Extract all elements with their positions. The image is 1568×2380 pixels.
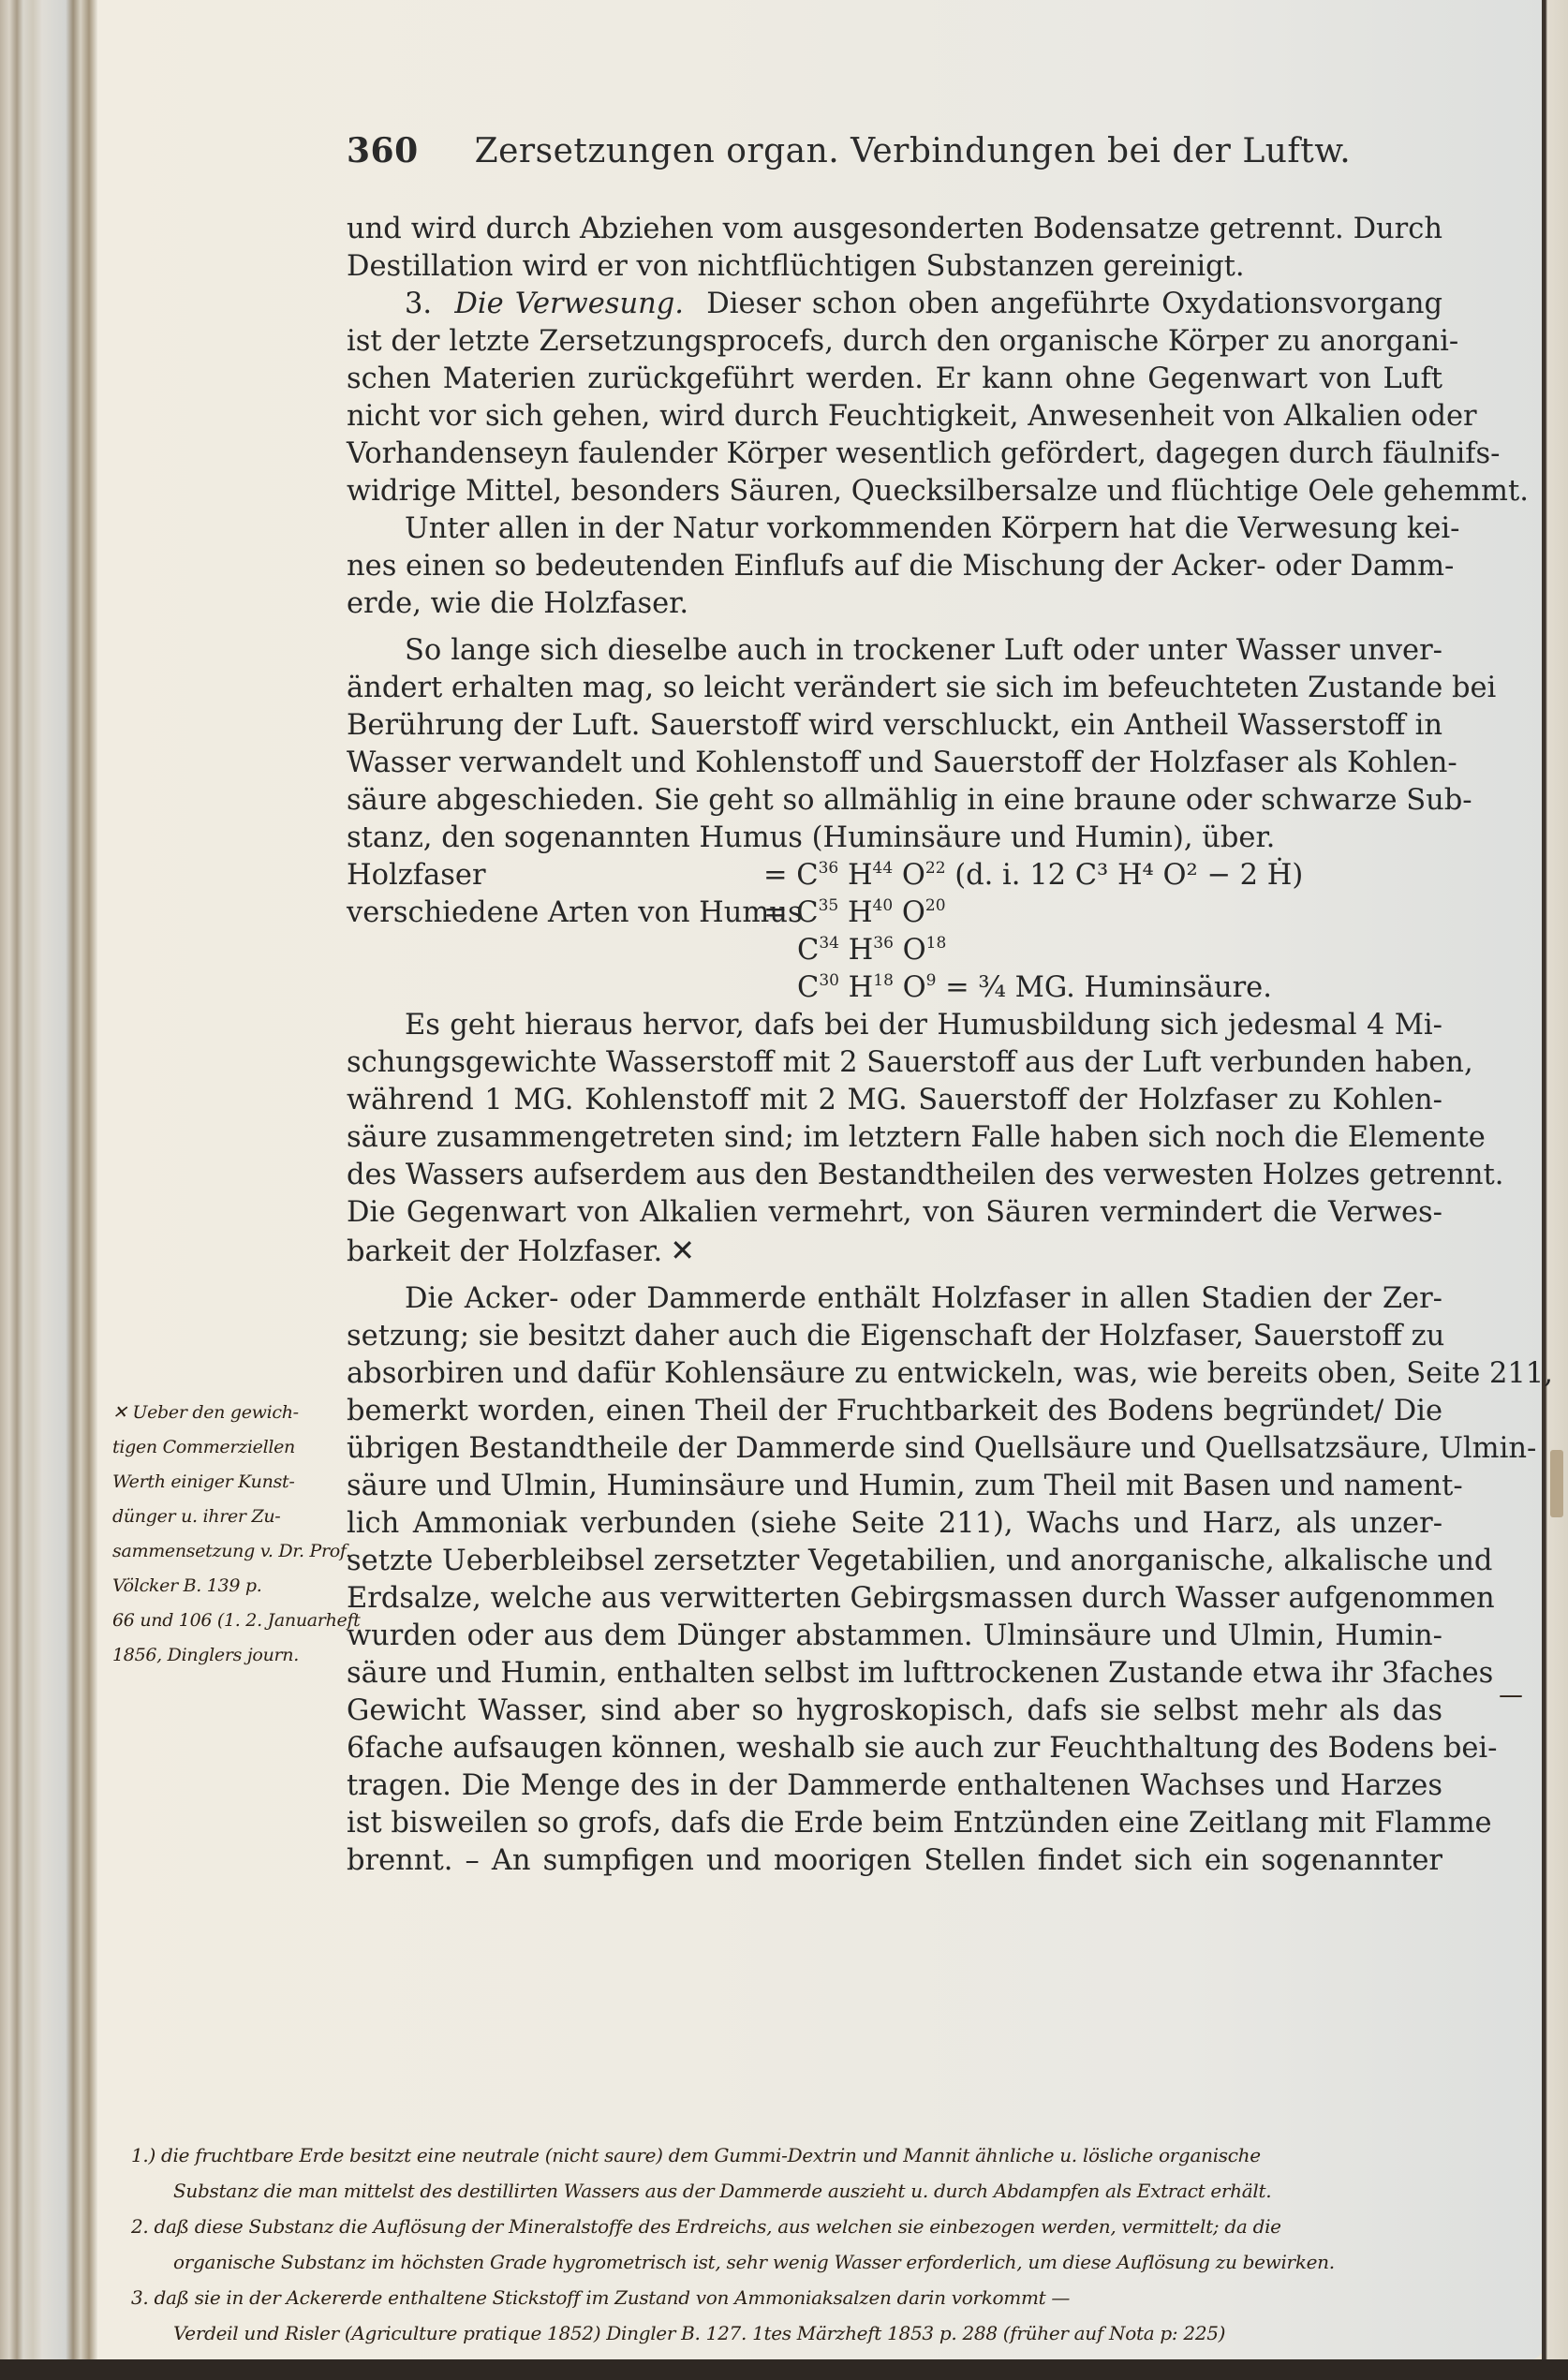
text-line: ändert erhalten mag, so leicht verändert… [347, 670, 1442, 707]
bottom-edge [0, 2359, 1568, 2380]
text-line: Berührung der Luft. Sauerstoff wird vers… [347, 707, 1442, 745]
formula-value: C30 H18 O9 = ¾ MG. Huminsäure. [763, 969, 1442, 1007]
text-line: Destillation wird er von nichtflüchtigen… [347, 248, 1442, 286]
handwritten-line: 66 und 106 (1. 2. Januarheft [112, 1604, 342, 1638]
handwritten-line: sammensetzung v. Dr. Prof. [112, 1534, 342, 1569]
handwritten-line: 2. daß diese Substanz die Auflösung der … [131, 2209, 1471, 2244]
text-line: säure zusammengetreten sind; im letztern… [347, 1119, 1442, 1157]
handwritten-line: Verdeil und Risler (Agriculture pratique… [131, 2315, 1471, 2351]
text-line: säure und Humin, enthalten selbst im luf… [347, 1655, 1442, 1693]
text-line: übrigen Bestandtheile der Dammerde sind … [347, 1430, 1442, 1468]
handwritten-line: ✕ Ueber den gewich- [112, 1396, 342, 1430]
text-line: tragen. Die Menge des in der Dammerde en… [347, 1767, 1442, 1805]
text-line: schen Materien zurückgeführt werden. Er … [347, 361, 1442, 398]
text-line: wurden oder aus dem Dünger abstammen. Ul… [347, 1618, 1442, 1655]
handwritten-line: Werth einiger Kunst- [112, 1465, 342, 1500]
text-line: des Wassers aufserdem aus den Bestandthe… [347, 1157, 1442, 1194]
body-text: und wird durch Abziehen vom ausgesondert… [347, 211, 1442, 1880]
text-line: setzte Ueberbleibsel zersetzter Vegetabi… [347, 1543, 1442, 1580]
text-line: Unter allen in der Natur vorkommenden Kö… [347, 510, 1442, 548]
text-line: So lange sich dieselbe auch in trockener… [347, 632, 1442, 670]
text-line: nicht vor sich gehen, wird durch Feuchti… [347, 398, 1442, 436]
formula-block: Holzfaser = C36 H44 O22 (d. i. 12 C³ H⁴ … [347, 857, 1442, 1007]
running-head: 360 Zersetzungen organ. Verbindungen bei… [347, 131, 1442, 170]
text-line: während 1 MG. Kohlenstoff mit 2 MG. Saue… [347, 1082, 1442, 1119]
text-line: Erdsalze, welche aus verwitterten Gebirg… [347, 1580, 1442, 1618]
text-line: Die Acker- oder Dammerde enthält Holzfas… [347, 1280, 1442, 1318]
section-heading-line: 3. Die Verwesung. Dieser schon oben ange… [347, 286, 1442, 323]
text-line: widrige Mittel, besonders Säuren, Quecks… [347, 473, 1442, 510]
insertion-mark-icon: — [1499, 1681, 1523, 1709]
text-line: säure abgeschieden. Sie geht so allmähli… [347, 782, 1442, 820]
handwritten-margin-note: ✕ Ueber den gewich- tigen Commerziellen … [112, 1396, 342, 1673]
running-head-title: Zersetzungen organ. Verbindungen bei der… [475, 132, 1352, 170]
text-line: und wird durch Abziehen vom ausgesondert… [347, 211, 1442, 248]
cross-reference-mark-icon: ✕ [670, 1233, 695, 1268]
text-line: 6fache aufsaugen können, weshalb sie auc… [347, 1730, 1442, 1767]
text-line: barkeit der Holzfaser.✕ [347, 1232, 1442, 1271]
text-line: Es geht hieraus hervor, dafs bei der Hum… [347, 1007, 1442, 1044]
book-scan: 360 Zersetzungen organ. Verbindungen bei… [0, 0, 1568, 2380]
text-line: schungsgewichte Wasserstoff mit 2 Sauers… [347, 1044, 1442, 1082]
text-line: bemerkt worden, einen Theil der Fruchtba… [347, 1393, 1442, 1430]
handwritten-line: Völcker B. 139 p. [112, 1569, 342, 1604]
formula-label [347, 969, 763, 1007]
page-stack-edge [0, 0, 98, 2380]
handwritten-line: 1.) die fruchtbare Erde besitzt eine neu… [131, 2137, 1471, 2173]
paper-tape [1550, 1450, 1563, 1517]
text-line: erde, wie die Holzfaser. [347, 585, 1442, 623]
handwritten-line: 1856, Dinglers journ. [112, 1638, 342, 1673]
formula-label [347, 932, 763, 969]
formula-label: Holzfaser [347, 857, 763, 894]
text-line: stanz, den sogenannten Humus (Huminsäure… [347, 820, 1442, 857]
text-line: Die Gegenwart von Alkalien vermehrt, von… [347, 1194, 1442, 1232]
text-line: brennt. – An sumpfigen und moorigen Stel… [347, 1842, 1442, 1880]
text-line: ist der letzte Zersetzungsprocefs, durch… [347, 323, 1442, 361]
formula-value: C34 H36 O18 [763, 932, 1442, 969]
text-line: absorbiren und dafür Kohlensäure zu entw… [347, 1355, 1442, 1393]
text-line: säure und Ulmin, Huminsäure und Humin, z… [347, 1468, 1442, 1505]
text-line: Wasser verwandelt und Kohlenstoff und Sa… [347, 745, 1442, 782]
binding-gutter [1542, 0, 1568, 2380]
handwritten-line: organische Substanz im höchsten Grade hy… [131, 2244, 1471, 2280]
handwritten-line: dünger u. ihrer Zu- [112, 1500, 342, 1534]
handwritten-line: tigen Commerziellen [112, 1430, 342, 1465]
handwritten-line: 3. daß sie in der Ackererde enthaltene S… [131, 2280, 1471, 2315]
formula-value: = C36 H44 O22 (d. i. 12 C³ H⁴ O² − 2 Ḣ) [763, 857, 1442, 894]
formula-value: = C35 H40 O20 [763, 894, 1442, 932]
text-line: Vorhandenseyn faulender Körper wesentlic… [347, 436, 1442, 473]
text-line: nes einen so bedeutenden Einflufs auf di… [347, 548, 1442, 585]
formula-label: verschiedene Arten von Humus [347, 894, 763, 932]
section-title: Die Verwesung. [454, 288, 684, 320]
text-line: ist bisweilen so grofs, dafs die Erde be… [347, 1805, 1442, 1842]
text-line: Gewicht Wasser, sind aber so hygroskopis… [347, 1693, 1442, 1730]
section-number: 3. [405, 288, 432, 320]
text-fragment: Dieser schon oben angeführte Oxydationsv… [706, 288, 1442, 320]
handwritten-line: Substanz die man mittelst des destillirt… [131, 2173, 1471, 2209]
text-line: lich Ammoniak verbunden (siehe Seite 211… [347, 1505, 1442, 1543]
page-number: 360 [347, 131, 419, 170]
text-line: setzung; sie besitzt daher auch die Eige… [347, 1318, 1442, 1355]
handwritten-footnote: 1.) die fruchtbare Erde besitzt eine neu… [131, 2137, 1471, 2351]
